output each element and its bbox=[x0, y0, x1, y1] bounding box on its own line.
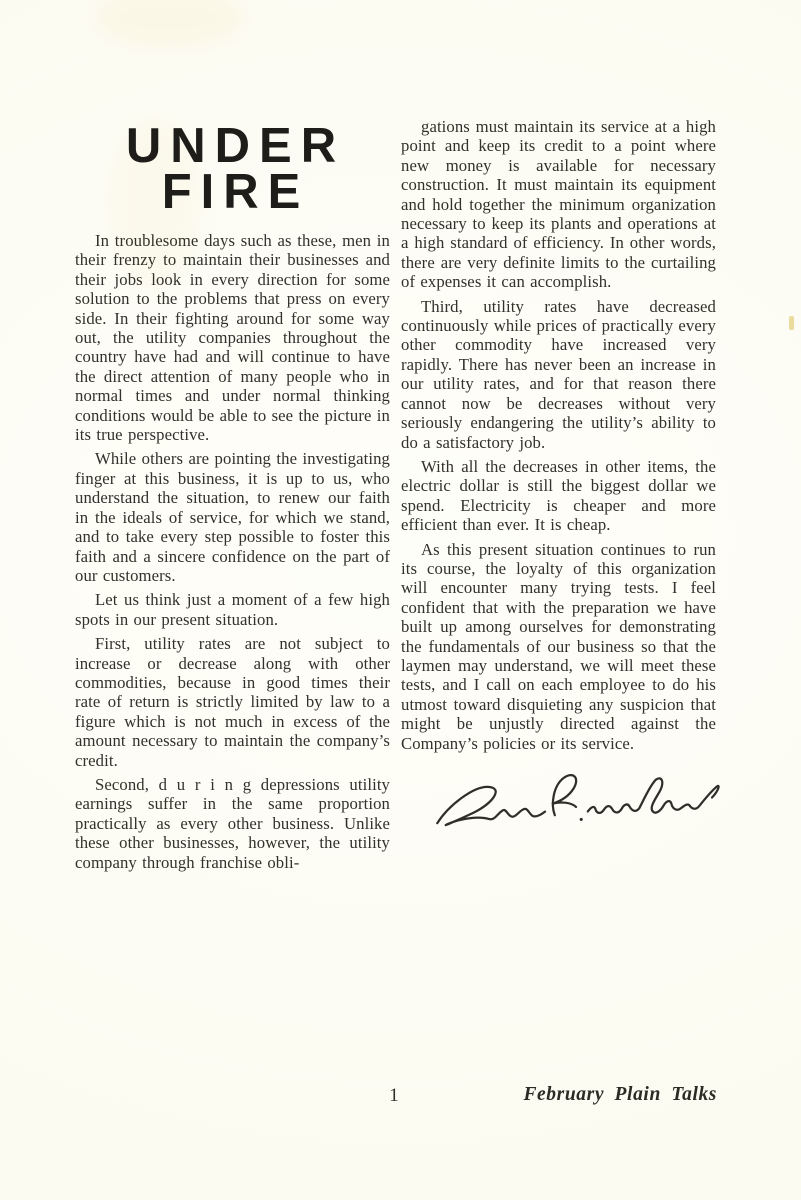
article-body: UNDER FIRE In troublesome days such as t… bbox=[75, 117, 717, 877]
publication-name: February Plain Talks bbox=[523, 1084, 717, 1106]
signature-handwriting bbox=[428, 765, 722, 845]
paragraph: Second, d u r i n g depressions utility … bbox=[75, 775, 390, 872]
paragraph: Third, utility rates have decreased cont… bbox=[401, 297, 716, 452]
paragraph: First, utility rates are not subject to … bbox=[75, 634, 390, 770]
article-title: UNDER FIRE bbox=[75, 123, 390, 215]
page-number: 1 bbox=[384, 1085, 404, 1107]
paragraph: In troublesome days such as these, men i… bbox=[75, 231, 390, 444]
paragraph: While others are pointing the investigat… bbox=[75, 449, 390, 585]
paragraph: With all the decreases in other items, t… bbox=[401, 457, 716, 535]
paragraph: gations must maintain its service at a h… bbox=[401, 117, 716, 292]
paragraph: As this present situation continues to r… bbox=[401, 540, 716, 753]
article-title-line2: FIRE bbox=[162, 165, 310, 219]
paragraph: Let us think just a moment of a few high… bbox=[75, 590, 390, 629]
text-column-right: gations must maintain its service at a h… bbox=[401, 117, 716, 877]
text-column-left: UNDER FIRE In troublesome days such as t… bbox=[75, 117, 390, 877]
scan-artifact-edge-mark bbox=[789, 316, 794, 330]
scan-artifact-smudge bbox=[95, 0, 245, 48]
scanned-page: UNDER FIRE In troublesome days such as t… bbox=[0, 0, 801, 1200]
